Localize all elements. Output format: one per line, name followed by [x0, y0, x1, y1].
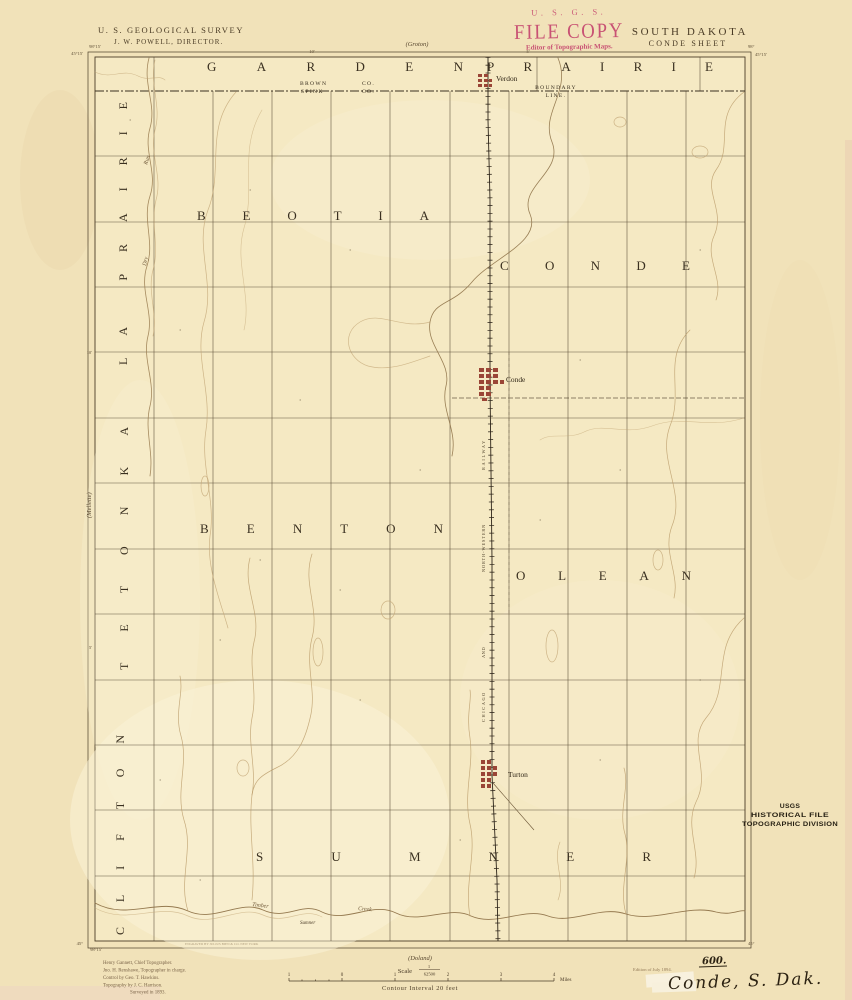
- scale-fraction-denominator: 62500: [424, 972, 436, 977]
- map-blotch-4: [460, 580, 740, 820]
- credits-line-1: Jno. H. Renshawe, Topographer in charge.: [103, 969, 186, 974]
- paper-tint-right-edge: [845, 140, 852, 1000]
- contour-interval-label: Contour Interval 20 feet: [382, 985, 458, 992]
- map-sheet: U. S. GEOLOGICAL SURVEY J. W. POWELL, DI…: [0, 0, 852, 1000]
- coord-top-right-lon: 98°: [748, 44, 755, 49]
- map-blotch-3: [80, 380, 200, 820]
- file-copy-stamp-title: FILE COPY: [514, 18, 624, 44]
- historical-file-stamp-line1: USGS: [780, 803, 801, 810]
- credits-line-2: Control by Geo. T. Hawkins.: [103, 976, 159, 981]
- file-copy-stamp-subtitle: Editor of Topographic Maps.: [526, 42, 613, 52]
- town-label-verdon: Verdon: [496, 74, 518, 83]
- coord-bottom-left-lat: 45°: [77, 941, 84, 946]
- engraver-credit: ENGRAVED BY JULIUS BIEN & CO. NEW YORK: [185, 942, 259, 946]
- credits-line-3: Topography by J. C. Harrison.: [103, 984, 162, 989]
- county-label-spink-co: CO.: [362, 89, 375, 95]
- stream-label-creek: Creek: [358, 906, 373, 913]
- historical-file-stamp-line3: TOPOGRAPHIC DIVISION: [742, 821, 838, 828]
- railroad-label-northwestern: NORTH-WESTERN: [481, 524, 486, 572]
- county-label-brown-co: CO.: [362, 81, 375, 87]
- railroad-label-railway: RAILWAY: [481, 440, 486, 470]
- hamlet-label-sumner: Sumner: [300, 921, 315, 926]
- coord-bottom-left-lon: 98°15': [90, 947, 102, 952]
- coord-top-left-lat: 45°15': [71, 51, 83, 56]
- edition-label: Edition of July 1894.: [633, 967, 672, 972]
- railroad-label-chicago: CHICAGO: [481, 692, 486, 722]
- coord-left-tick-10: 10': [87, 350, 92, 355]
- sheet-label: CONDE SHEET: [649, 39, 728, 48]
- coord-top-left-lon: 98°15': [89, 44, 101, 49]
- adjoining-west-label: (Mellette): [86, 492, 93, 518]
- railroad-label-and: AND: [481, 647, 486, 658]
- boundary-label-word2: LINE.: [546, 93, 567, 99]
- state-label: SOUTH DAKOTA: [632, 26, 748, 38]
- coord-bottom-right-lat: 45°: [748, 941, 755, 946]
- survey-title: U. S. GEOLOGICAL SURVEY: [98, 25, 244, 35]
- town-label-conde: Conde: [506, 375, 526, 384]
- county-label-spink: SPINK: [301, 89, 324, 95]
- file-copy-stamp-agency: U. S. G. S.: [531, 6, 606, 17]
- coord-top-tick-5: 5': [527, 49, 530, 54]
- map-blotch-2: [270, 100, 590, 260]
- miles-label: Miles: [560, 978, 571, 983]
- credits-line-0: Henry Gannett, Chief Topographer.: [103, 961, 172, 966]
- handwritten-number: 600.: [702, 955, 727, 967]
- county-label-brown: BROWN: [300, 81, 327, 87]
- coord-top-tick-10: 10': [309, 49, 314, 54]
- coord-left-tick-5: 5': [89, 645, 92, 650]
- paper-stain-2: [760, 260, 840, 580]
- town-label-turton: Turton: [508, 770, 528, 779]
- scale-word: Scale: [398, 968, 412, 975]
- coord-top-right-lat: 45°15': [755, 52, 767, 57]
- director-line: J. W. POWELL, DIRECTOR.: [114, 38, 223, 46]
- adjoining-south-label: (Doland): [408, 955, 432, 962]
- boundary-label-word1: BOUNDARY: [535, 85, 577, 91]
- historical-file-stamp-line2: HISTORICAL FILE: [751, 812, 829, 819]
- adjoining-north-label: (Groton): [406, 41, 429, 48]
- credits-line-4: Surveyed in 1893.: [130, 991, 166, 996]
